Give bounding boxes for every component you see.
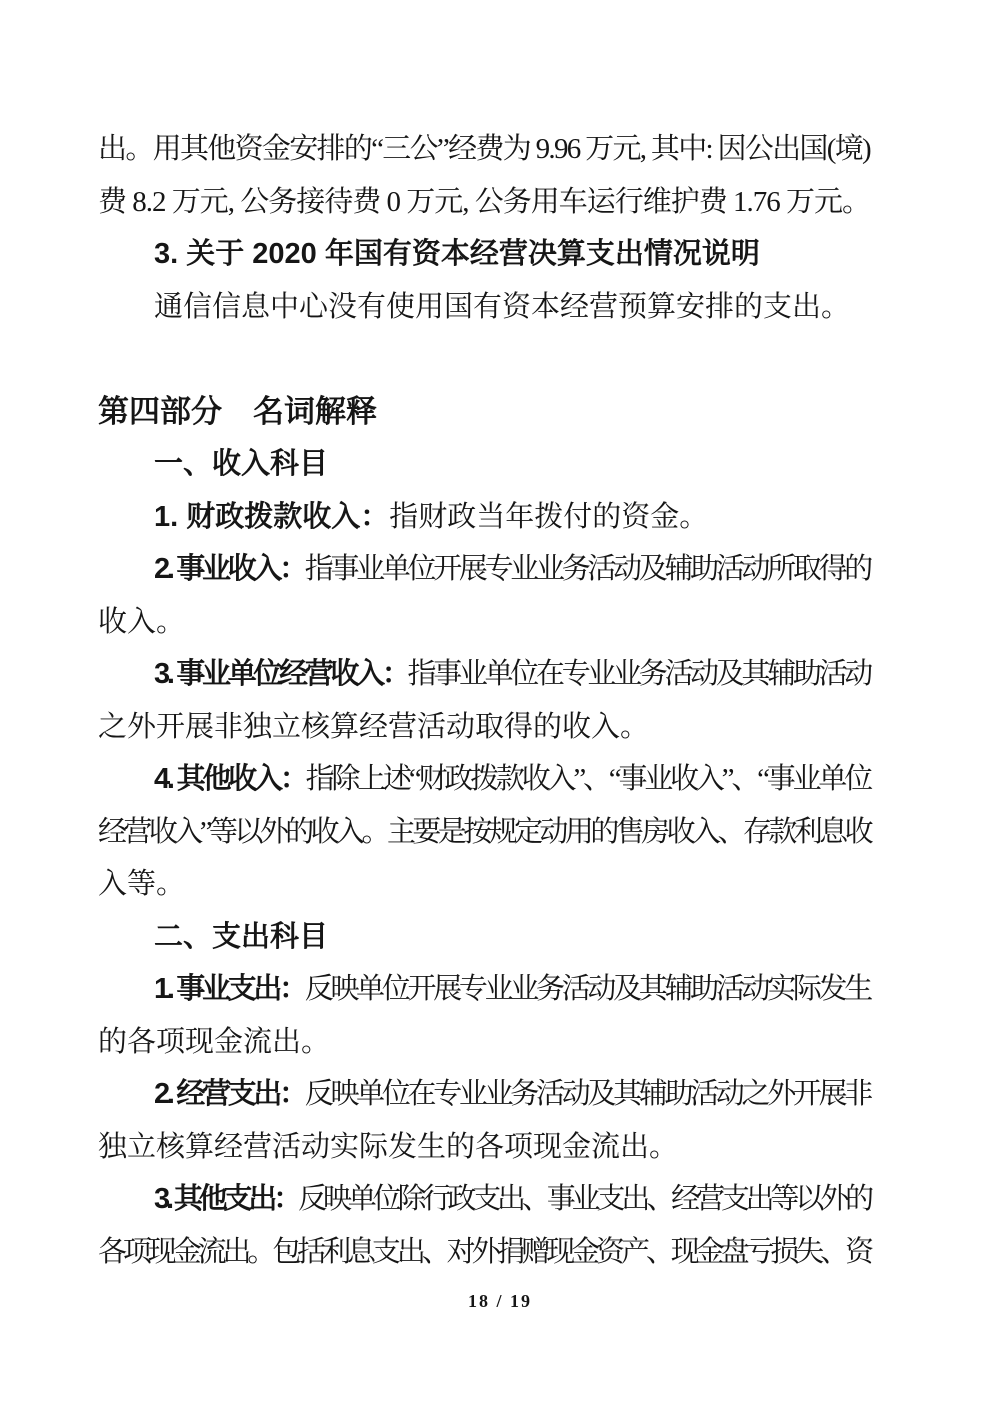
text-segment: 反映单位在专业业务活动及其辅助活动之外开展非 (305, 1078, 870, 1110)
subsection-heading: 一、收入科目 (98, 438, 870, 491)
text-segment: 3. 关于 2020 年国有资本经营决算支出情况说明 (154, 238, 760, 270)
text-segment: 3. 事业单位经营收入： (154, 658, 408, 690)
paragraph-line: 的各项现金流出。 (98, 1016, 870, 1069)
paragraph-line: 之外开展非独立核算经营活动取得的收入。 (98, 701, 870, 754)
paragraph-line: 各项现金流出。包括利息支出、对外捐赠现金资产、现金盘亏损失、资 (98, 1226, 870, 1279)
text-segment: 指事业单位在专业业务活动及其辅助活动 (408, 658, 870, 690)
blank-line (98, 333, 870, 386)
text-segment: 1. 事业支出： (154, 973, 305, 1005)
text-segment: 独立核算经营活动实际发生的各项现金流出。 (98, 1131, 678, 1163)
text-segment: 指除上述“财政拨款收入”、“事业收入”、“事业单位 (306, 763, 870, 795)
paragraph-line: 收入。 (98, 596, 870, 649)
page-number-text: 18 / 19 (468, 1291, 532, 1311)
text-segment: 第四部分 名词解释 (98, 394, 377, 429)
text-segment: 一、收入科目 (154, 448, 328, 480)
paragraph-line: 入等。 (98, 858, 870, 911)
paragraph-line: 2. 经营支出：反映单位在专业业务活动及其辅助活动之外开展非 (98, 1068, 870, 1121)
paragraph-line: 通信信息中心没有使用国有资本经营预算安排的支出。 (98, 281, 870, 334)
paragraph-line: 3. 其他支出：反映单位除行政支出、事业支出、经营支出等以外的 (98, 1173, 870, 1226)
text-segment: 出。用其他资金安排的“三公”经费为 9.96 万元, 其中: 因公出国(境) (98, 133, 870, 165)
text-segment: 费 8.2 万元, 公务接待费 0 万元, 公务用车运行维护费 1.76 万元。 (98, 186, 870, 218)
text-segment: 2. 事业收入： (154, 553, 305, 585)
text-segment: 3. 其他支出： (154, 1183, 298, 1215)
document-page: 出。用其他资金安排的“三公”经费为 9.96 万元, 其中: 因公出国(境)费 … (0, 0, 1000, 1414)
paragraph-line: 2. 事业收入：指事业单位开展专业业务活动及辅助活动所取得的 (98, 543, 870, 596)
paragraph-line: 出。用其他资金安排的“三公”经费为 9.96 万元, 其中: 因公出国(境) (98, 123, 870, 176)
text-segment: 的各项现金流出。 (98, 1026, 330, 1058)
text-segment: 之外开展非独立核算经营活动取得的收入。 (98, 711, 649, 743)
page-number: 18 / 19 (0, 1286, 1000, 1316)
text-segment: 4. 其他收入： (154, 763, 306, 795)
paragraph-line: 经营收入”等以外的收入。主要是按规定动用的售房收入、存款利息收 (98, 806, 870, 859)
paragraph-line: 1. 财政拨款收入：指财政当年拨付的资金。 (98, 491, 870, 544)
paragraph-line: 1. 事业支出：反映单位开展专业业务活动及其辅助活动实际发生 (98, 963, 870, 1016)
text-segment: 二、支出科目 (154, 921, 328, 953)
text-segment: 2. 经营支出： (154, 1078, 305, 1110)
paragraph-line: 独立核算经营活动实际发生的各项现金流出。 (98, 1121, 870, 1174)
text-segment: 通信信息中心没有使用国有资本经营预算安排的支出。 (154, 291, 850, 323)
text-segment: 反映单位除行政支出、事业支出、经营支出等以外的 (298, 1183, 870, 1215)
text-segment: 1. 财政拨款收入： (154, 501, 389, 533)
document-body: 出。用其他资金安排的“三公”经费为 9.96 万元, 其中: 因公出国(境)费 … (98, 123, 870, 1278)
subsection-heading: 二、支出科目 (98, 911, 870, 964)
text-segment: 指财政当年拨付的资金。 (389, 501, 708, 533)
section-heading: 第四部分 名词解释 (98, 386, 870, 439)
text-segment: 各项现金流出。包括利息支出、对外捐赠现金资产、现金盘亏损失、资 (98, 1236, 870, 1268)
text-segment: 经营收入”等以外的收入。主要是按规定动用的售房收入、存款利息收 (98, 816, 870, 848)
text-segment: 收入。 (98, 606, 185, 638)
text-segment: 指事业单位开展专业业务活动及辅助活动所取得的 (305, 553, 870, 585)
paragraph-line: 3. 事业单位经营收入：指事业单位在专业业务活动及其辅助活动 (98, 648, 870, 701)
text-segment: 反映单位开展专业业务活动及其辅助活动实际发生 (305, 973, 870, 1005)
text-segment: 入等。 (98, 868, 185, 900)
paragraph-line: 费 8.2 万元, 公务接待费 0 万元, 公务用车运行维护费 1.76 万元。 (98, 176, 870, 229)
subsection-heading: 3. 关于 2020 年国有资本经营决算支出情况说明 (98, 228, 870, 281)
paragraph-line: 4. 其他收入：指除上述“财政拨款收入”、“事业收入”、“事业单位 (98, 753, 870, 806)
